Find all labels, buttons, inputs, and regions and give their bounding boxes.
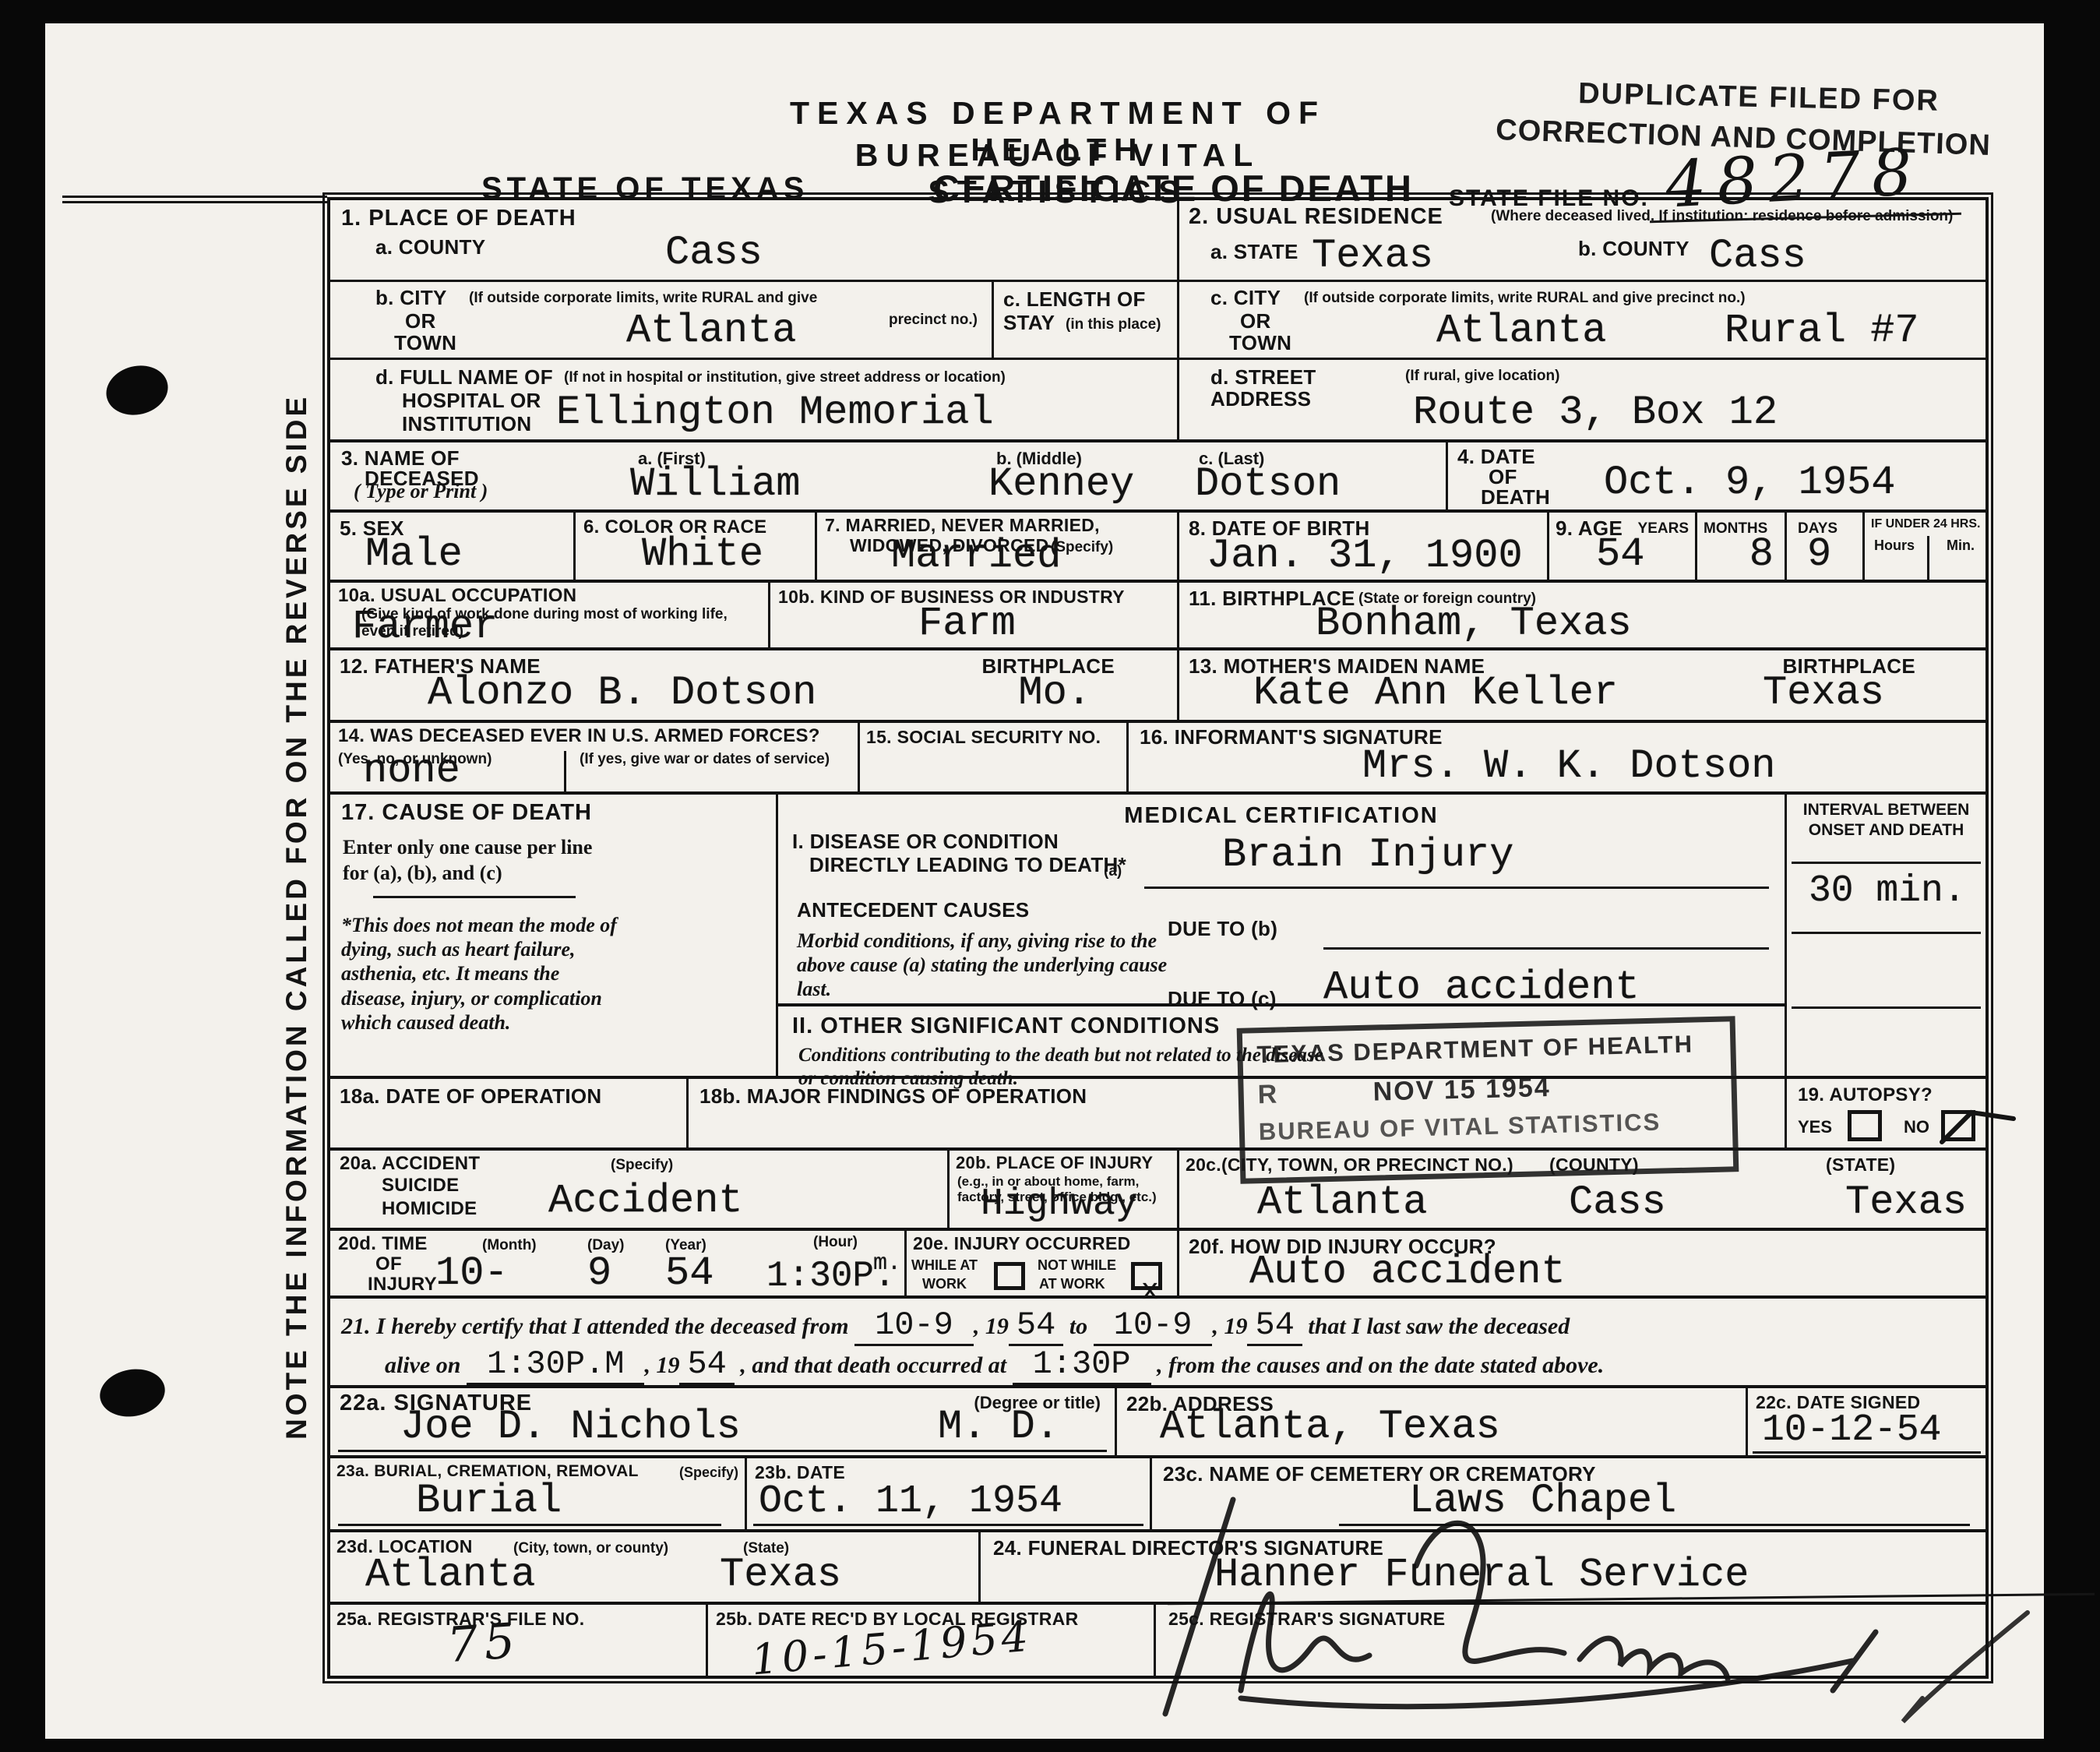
medical-section-divider: [778, 1003, 1785, 1006]
first-name-value: William: [630, 464, 800, 505]
section-occupation: 10a. USUAL OCCUPATION (Give kind of work…: [330, 583, 770, 647]
section-father: 12. FATHER'S NAME BIRTHPLACE Alonzo B. D…: [330, 650, 1179, 720]
informant-value: Mrs. W. K. Dotson: [1362, 746, 1776, 787]
section-age-years: 9. AGE YEARS 54: [1549, 513, 1697, 580]
age-months-value: 8: [1749, 534, 1774, 575]
age-years-label: YEARS: [1638, 520, 1689, 538]
hour-label: (Hour): [813, 1234, 858, 1251]
hospital-value: Ellington Memorial: [556, 393, 994, 433]
under24-label: IF UNDER 24 HRS.: [1871, 517, 1980, 531]
antecedent-label: ANTECEDENT CAUSES: [797, 899, 1029, 921]
middle-name-value: Kenney: [988, 464, 1134, 505]
street-label2: ADDRESS: [1210, 388, 1311, 410]
row-forces-ssn-informant: 14. WAS DECEASED EVER IN U.S. ARMED FORC…: [330, 720, 1985, 791]
not-while-at-work-checkbox: x: [1131, 1262, 1162, 1290]
dob-value: Jan. 31, 1900: [1207, 536, 1523, 576]
accident-value: Accident: [548, 1181, 743, 1221]
field-county-of-death: 1. PLACE OF DEATH a. COUNTY Cass: [330, 200, 1177, 280]
injury-loc-state: Texas: [1845, 1183, 1967, 1223]
hours-min-divider: [1927, 536, 1929, 580]
while-at-work-checkbox: [994, 1262, 1025, 1290]
due-b-label: DUE TO (b): [1168, 918, 1277, 939]
min-label: Min.: [1947, 538, 1975, 554]
time-label3: INJURY: [368, 1274, 437, 1295]
residence-city-value: Atlanta: [1436, 311, 1606, 351]
row-place-residence: 1. PLACE OF DEATH a. COUNTY Cass b. CITY…: [330, 200, 1985, 439]
mother-birthplace-value: Texas: [1763, 673, 1884, 714]
section-age-months: MONTHS 8: [1697, 513, 1787, 580]
stay-label2: STAY: [1003, 312, 1055, 333]
time-label2: OF: [375, 1254, 402, 1274]
accident-note: (Specify): [611, 1157, 673, 1174]
certify-text4: , and that death occurred at: [740, 1352, 1006, 1378]
physician-name: Joe D. Nichols: [400, 1407, 741, 1447]
dod-label1: 4. DATE: [1457, 446, 1535, 467]
certify-text1: I hereby certify that I attended the dec…: [376, 1313, 849, 1339]
father-name-value: Alonzo B. Dotson: [428, 673, 816, 714]
due-c-value: Auto accident: [1323, 968, 1640, 1008]
certify-from-year: 54: [1009, 1306, 1063, 1346]
disease-sub-label: (a): [1104, 863, 1122, 880]
city-note: (If outside corporate limits, write RURA…: [469, 290, 817, 307]
armed-forces-divider: [564, 751, 566, 795]
section-burial-type: 23a. BURIAL, CREMATION, REMOVAL (Specify…: [330, 1458, 747, 1529]
received-stamp-line1: TEXAS DEPARTMENT OF HEALTH: [1256, 1030, 1717, 1069]
accident-label1: 20a. ACCIDENT: [340, 1154, 480, 1174]
city-note2: precinct no.): [889, 312, 978, 329]
hospital-label2: HOSPITAL OR: [402, 390, 541, 411]
section-sex: 5. SEX Male: [330, 513, 576, 580]
section-marital: 7. MARRIED, NEVER MARRIED, WIDOWED, DIVO…: [817, 513, 1179, 580]
due-b-underline: [1323, 947, 1769, 950]
injury-place-label: 20b. PLACE OF INJURY: [956, 1154, 1153, 1172]
year-value: 54: [665, 1253, 714, 1294]
interval-line-a: [1792, 862, 1981, 864]
not-while-label2: AT WORK: [1039, 1276, 1105, 1292]
certify-from-date: 10-9: [854, 1306, 974, 1346]
occupation-value: Farmer: [352, 607, 498, 647]
section-physician-signature: 22a. SIGNATURE (Degree or title) Joe D. …: [330, 1388, 1117, 1455]
stay-label1: c. LENGTH OF: [1003, 288, 1146, 310]
dod-value: Oct. 9, 1954: [1604, 463, 1895, 503]
cause-rule: [373, 896, 576, 898]
residence-county-value: Cass: [1709, 236, 1806, 277]
certify-alive-time: 1:30P.M: [467, 1345, 644, 1385]
field-residence-city: c. CITY (If outside corporate limits, wr…: [1179, 280, 1985, 358]
city-of-death-cell: b. CITY (If outside corporate limits, wr…: [330, 282, 994, 358]
physician-address: Atlanta, Texas: [1160, 1407, 1500, 1447]
punch-hole: [101, 359, 174, 421]
received-stamp-date: NOV 15 1954: [1372, 1073, 1551, 1107]
section-race: 6. COLOR OR RACE White: [576, 513, 817, 580]
county-value: Cass: [665, 233, 763, 273]
autopsy-no-checkbox: [1941, 1110, 1975, 1141]
usual-residence-note: (Where deceased lived. If institution: r…: [1491, 208, 1974, 225]
deceased-label1: 3. NAME OF: [341, 447, 460, 469]
burial-underline: [338, 1524, 721, 1526]
father-birthplace-value: Mo.: [1018, 673, 1091, 714]
accident-label2: SUICIDE: [382, 1176, 459, 1196]
age-years-value: 54: [1596, 534, 1644, 575]
not-while-label1: NOT WHILE: [1038, 1257, 1116, 1274]
hospital-note: (If not in hospital or institution, give…: [564, 369, 1006, 386]
street-note: (If rural, give location): [1405, 368, 1559, 385]
county-label: a. COUNTY: [375, 236, 485, 258]
section-accident-type: 20a. ACCIDENT SUICIDE HOMICIDE (Specify)…: [330, 1151, 950, 1228]
marital-value: Married: [891, 536, 1061, 576]
row-name-date: 3. NAME OF DECEASED ( Type or Print ) a.…: [330, 439, 1985, 509]
operation-findings-label: 18b. MAJOR FINDINGS OF OPERATION: [699, 1085, 1087, 1107]
month-value: 10-: [435, 1253, 509, 1294]
interval-label1: INTERVAL BETWEEN: [1787, 801, 1985, 820]
certify-text3: alive on: [385, 1352, 461, 1378]
certify-year-prefix2: , 19: [1212, 1313, 1247, 1339]
section-dob: 8. DATE OF BIRTH Jan. 31, 1900: [1179, 513, 1549, 580]
section-birthplace: 11. BIRTHPLACE (State or foreign country…: [1179, 583, 1985, 647]
pen-mark: [1860, 1605, 2031, 1737]
time-label1: 20d. TIME: [338, 1234, 428, 1254]
section-interval: INTERVAL BETWEEN ONSET AND DEATH 30 min.: [1787, 795, 1985, 1076]
autopsy-no-label: NO: [1904, 1117, 1929, 1137]
injury-loc-state-label: (STATE): [1826, 1155, 1895, 1175]
street-label1: d. STREET: [1210, 366, 1316, 388]
burial-loc-note: (City, town, or county): [513, 1540, 668, 1557]
hours-label: Hours: [1874, 538, 1915, 554]
punch-hole: [96, 1364, 168, 1422]
certify-year-prefix3: , 19: [644, 1352, 679, 1378]
place-of-death-label: 1. PLACE OF DEATH: [341, 206, 576, 231]
interval-value: 30 min.: [1809, 872, 1966, 910]
town-word: TOWN: [394, 332, 456, 354]
residence-city-note: (If outside corporate limits, write RURA…: [1304, 290, 1746, 307]
armed-forces-label: 14. WAS DECEASED EVER IN U.S. ARMED FORC…: [338, 726, 820, 746]
hospital-label1: d. FULL NAME OF: [375, 366, 553, 388]
section-place-of-death: 1. PLACE OF DEATH a. COUNTY Cass b. CITY…: [330, 200, 1179, 439]
registrar-signature: [1066, 1457, 1883, 1737]
field-hospital: d. FULL NAME OF (If not in hospital or i…: [330, 358, 1177, 439]
length-of-stay-cell: c. LENGTH OF STAY (in this place): [994, 282, 1177, 358]
row-certify: 21. I hereby certify that I attended the…: [330, 1295, 1985, 1385]
burial-note: (Specify): [679, 1465, 738, 1481]
section-ssn: 15. SOCIAL SECURITY NO.: [860, 723, 1129, 791]
burial-date-value: Oct. 11, 1954: [759, 1482, 1062, 1521]
occurred-label: 20e. INJURY OCCURRED: [913, 1234, 1131, 1253]
certify-number: 21.: [341, 1313, 371, 1339]
interval-line-b: [1792, 932, 1981, 934]
city-value: Atlanta: [626, 311, 796, 351]
dod-label3: DEATH: [1481, 486, 1550, 508]
burial-loc-state: Texas: [720, 1555, 841, 1595]
armed-forces-value: none: [363, 751, 460, 791]
field-street-address: d. STREET ADDRESS (If rural, give locati…: [1179, 358, 1985, 439]
row-demographics: 5. SEX Male 6. COLOR OR RACE White 7. MA…: [330, 509, 1985, 580]
certify-to-date: 10-9: [1094, 1306, 1213, 1346]
row-physician: 22a. SIGNATURE (Degree or title) Joe D. …: [330, 1385, 1985, 1455]
certify-death-time: 1:30P: [1013, 1345, 1151, 1385]
certify-to-word: to: [1069, 1313, 1087, 1339]
section-industry: 10b. KIND OF BUSINESS OR INDUSTRY Farm: [770, 583, 1179, 647]
industry-value: Farm: [918, 604, 1016, 644]
disease-value: Brain Injury: [1222, 835, 1513, 876]
section-cause-of-death: 17. CAUSE OF DEATH Enter only one cause …: [330, 795, 778, 1076]
date-signed-underline: [1753, 1451, 1981, 1454]
row-occupation: 10a. USUAL OCCUPATION (Give kind of work…: [330, 580, 1985, 647]
residence-state-label: a. STATE: [1210, 241, 1298, 263]
section-operation-date: 18a. DATE OF OPERATION: [330, 1079, 689, 1147]
date-signed-value: 10-12-54: [1762, 1412, 1941, 1449]
birthplace-value: Bonham, Texas: [1316, 604, 1632, 644]
autopsy-label: 19. AUTOPSY?: [1798, 1085, 1933, 1105]
section-date-signed: 22c. DATE SIGNED 10-12-54: [1748, 1388, 1985, 1455]
disease-underline: [1144, 887, 1769, 889]
certificate-paper: NOTE THE INFORMATION CALLED FOR ON THE R…: [45, 23, 2044, 1739]
or-word: OR: [405, 310, 436, 332]
accident-label3: HOMICIDE: [382, 1199, 477, 1219]
received-stamp-line3: BUREAU OF VITAL STATISTICS: [1258, 1107, 1718, 1146]
autopsy-yes-checkbox: [1848, 1110, 1882, 1141]
residence-city-label: c. CITY: [1210, 287, 1281, 308]
section-date-of-death: 4. DATE OF DEATH Oct. 9, 1954: [1448, 442, 1985, 509]
row-injury-2: 20d. TIME OF INJURY (Month) (Day) (Year)…: [330, 1228, 1985, 1295]
residence-town-word: TOWN: [1229, 332, 1291, 354]
burial-value: Burial: [416, 1481, 562, 1521]
mother-name-value: Kate Ann Keller: [1253, 673, 1618, 714]
section-age-days: DAYS 9: [1787, 513, 1865, 580]
row-parents: 12. FATHER'S NAME BIRTHPLACE Alonzo B. D…: [330, 647, 1985, 720]
section-burial-location: 23d. LOCATION (City, town, or county) (S…: [330, 1532, 981, 1602]
residence-county-label: b. COUNTY: [1578, 238, 1690, 259]
section-physician-address: 22b. ADDRESS Atlanta, Texas: [1117, 1388, 1748, 1455]
operation-date-label: 18a. DATE OF OPERATION: [340, 1085, 601, 1107]
sex-value: Male: [365, 534, 463, 575]
registrar-file-value: 75: [446, 1612, 523, 1673]
autopsy-no-mark: [1936, 1102, 2021, 1148]
section-injury-occurred: 20e. INJURY OCCURRED WHILE AT WORK NOT W…: [907, 1231, 1179, 1295]
field-city-of-death: b. CITY (If outside corporate limits, wr…: [330, 280, 1177, 358]
city-label: b. CITY: [375, 287, 447, 308]
section-injury-time: 20d. TIME OF INJURY (Month) (Day) (Year)…: [330, 1231, 907, 1295]
interval-label2: ONSET AND DEATH: [1787, 821, 1985, 840]
section-age-under24: IF UNDER 24 HRS. Hours Min.: [1865, 513, 1985, 580]
section-informant: 16. INFORMANT'S SIGNATURE Mrs. W. K. Dot…: [1129, 723, 1985, 791]
race-value: White: [642, 534, 763, 575]
stay-note: (in this place): [1066, 316, 1161, 333]
section-autopsy: 19. AUTOPSY? YES NO: [1787, 1079, 1985, 1147]
cause-note1: Enter only one cause per line for (a), (…: [343, 835, 611, 886]
residence-or-word: OR: [1240, 310, 1271, 332]
header-rule-left: [62, 196, 327, 203]
while-label1: WHILE AT: [911, 1257, 978, 1274]
day-value: 9: [587, 1253, 611, 1294]
reverse-side-note: NOTE THE INFORMATION CALLED FOR ON THE R…: [280, 427, 313, 1440]
interval-line-c: [1792, 1006, 1981, 1009]
injury-loc-city: Atlanta: [1257, 1183, 1427, 1223]
injury-place-value: Highway: [981, 1186, 1138, 1223]
armed-forces-note2: (If yes, give war or dates of service): [580, 751, 830, 768]
section-injury-place: 20b. PLACE OF INJURY (e.g., in or about …: [950, 1151, 1179, 1228]
physician-underline: [338, 1450, 1107, 1452]
row-medical-certification: 17. CAUSE OF DEATH Enter only one cause …: [330, 791, 1985, 1076]
section-how-injury: 20f. HOW DID INJURY OCCUR? Auto accident: [1179, 1231, 1985, 1295]
medical-cert-title: MEDICAL CERTIFICATION: [778, 804, 1785, 828]
residence-precinct-value: Rural #7: [1725, 311, 1919, 351]
disease-label1: I. DISEASE OR CONDITION: [792, 830, 1059, 852]
section-name-of-deceased: 3. NAME OF DECEASED ( Type or Print ) a.…: [330, 442, 1448, 509]
antecedent-note: Morbid conditions, if any, giving rise t…: [797, 929, 1171, 1002]
other-conditions-label: II. OTHER SIGNIFICANT CONDITIONS: [792, 1014, 1220, 1038]
residence-state-value: Texas: [1312, 236, 1433, 277]
how-injury-value: Auto accident: [1249, 1252, 1566, 1292]
injury-loc-county: Cass: [1569, 1183, 1666, 1223]
physician-degree: M. D.: [938, 1407, 1059, 1447]
disease-label2: DIRECTLY LEADING TO DEATH*: [809, 854, 1126, 876]
while-label2: WORK: [922, 1276, 967, 1292]
certify-to-year: 54: [1247, 1306, 1302, 1346]
street-value: Route 3, Box 12: [1413, 393, 1778, 433]
section-mother: 13. MOTHER'S MAIDEN NAME BIRTHPLACE Kate…: [1179, 650, 1985, 720]
section-armed-forces: 14. WAS DECEASED EVER IN U.S. ARMED FORC…: [330, 723, 860, 791]
duplicate-stamp-line1: DUPLICATE FILED FOR: [1549, 76, 1970, 118]
certify-alive-year: 54: [679, 1345, 734, 1385]
certify-text2: that I last saw the deceased: [1308, 1313, 1570, 1339]
certify-text5: , from the causes and on the date stated…: [1157, 1352, 1604, 1378]
deceased-label3: ( Type or Print ): [354, 479, 488, 503]
section-certify: 21. I hereby certify that I attended the…: [330, 1299, 1985, 1385]
last-name-value: Dotson: [1195, 464, 1341, 505]
burial-loc-city: Atlanta: [365, 1555, 535, 1595]
autopsy-yes-label: YES: [1798, 1117, 1832, 1137]
received-stamp-prefix: R: [1257, 1080, 1278, 1110]
section-usual-residence: 2. USUAL RESIDENCE (Where deceased lived…: [1179, 200, 1985, 439]
section-registrar-file: 25a. REGISTRAR'S FILE NO. 75: [330, 1605, 708, 1676]
field-residence-state-county: 2. USUAL RESIDENCE (Where deceased lived…: [1179, 200, 1985, 280]
dod-label2: OF: [1489, 466, 1517, 488]
hour-suffix: m.: [873, 1252, 901, 1275]
cause-note2: *This does not mean the mode of dying, s…: [341, 913, 622, 1035]
usual-residence-label: 2. USUAL RESIDENCE: [1189, 205, 1443, 229]
ssn-label: 15. SOCIAL SECURITY NO.: [866, 728, 1101, 747]
hospital-label3: INSTITUTION: [402, 413, 532, 435]
cause-label: 17. CAUSE OF DEATH: [341, 801, 592, 825]
received-stamp: TEXAS DEPARTMENT OF HEALTH R NOV 15 1954…: [1237, 1016, 1739, 1184]
certify-year-prefix1: , 19: [974, 1313, 1009, 1339]
age-days-value: 9: [1807, 534, 1831, 575]
